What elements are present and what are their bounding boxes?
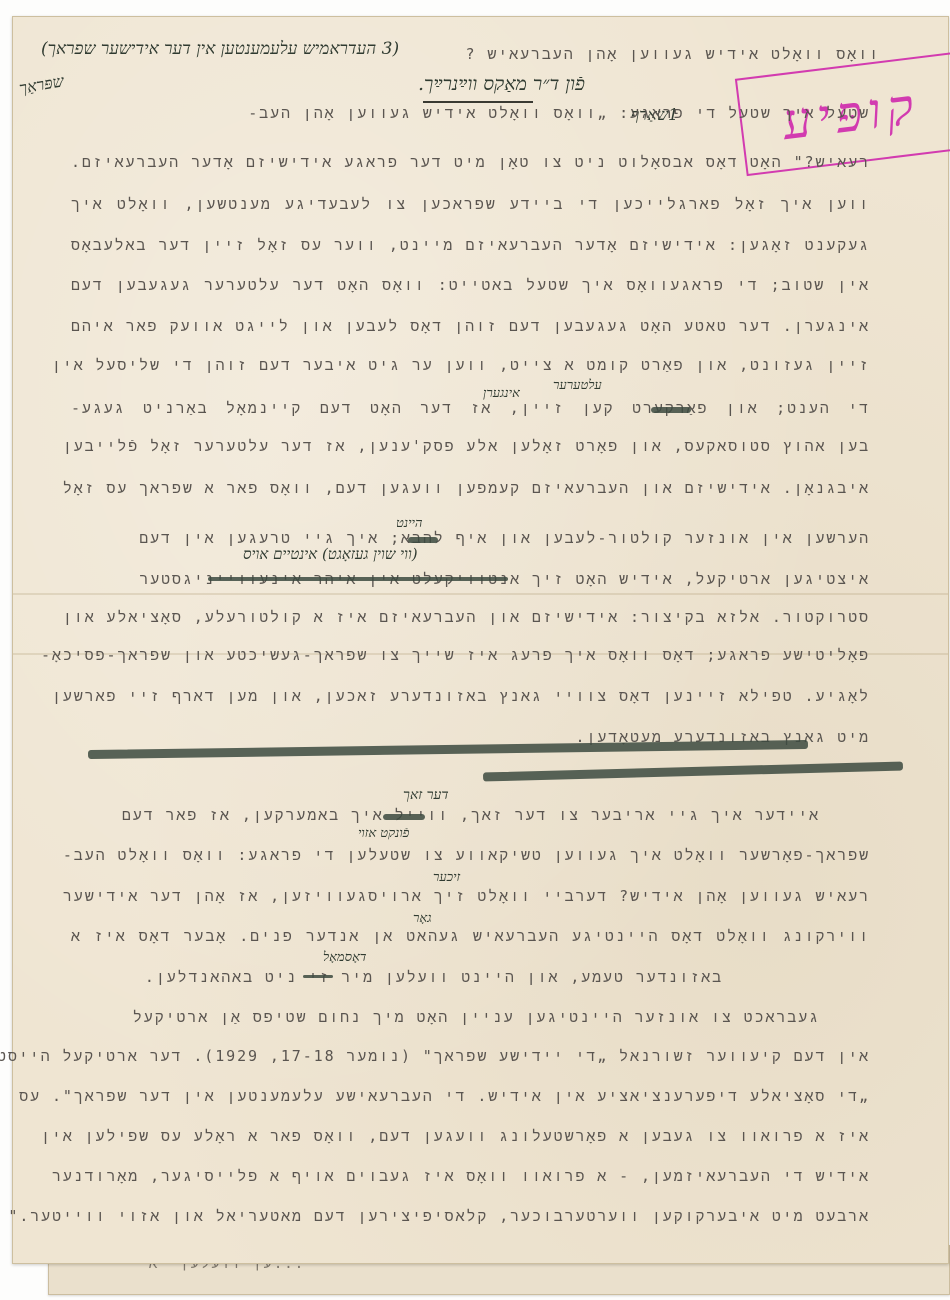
strikethrough <box>651 407 691 413</box>
text-line: באזונדער טעמע, און היינט וועלען מיר זי נ… <box>313 968 723 987</box>
author-underline <box>423 101 533 103</box>
text-line: שטעל איך שטעל די פראגע: „וואָס וואָלט אי… <box>123 104 870 123</box>
handwritten-insertion: עלטערער <box>553 377 602 393</box>
text-line: אין דעם קיעווער זשורנאל „די יידישע שפראך… <box>71 1047 870 1066</box>
paper-fold <box>13 593 948 595</box>
strikethrough <box>408 537 438 543</box>
strikethrough <box>208 577 508 581</box>
handwritten-insertion: דער זאך <box>403 787 449 804</box>
text-line: „די סאָציאלע דיפערענציאציע אין אידיש. די… <box>71 1087 870 1106</box>
text-line: ארבעט מיט איבערקוקען ווערטערבוכער, קלאסי… <box>75 1207 870 1226</box>
handwritten-insertion: (ווי שוין געזאָגט) אינטיים אויס <box>243 545 418 564</box>
document-page: וואָס וואָלט אידיש געווען אָהן העברעאיש … <box>12 16 949 1264</box>
handwritten-insertion: דאָסמאָל <box>323 949 367 965</box>
text-line: רעאיש?" האָט דאָס אבסאָלוט ניט צו טאָן מ… <box>71 153 870 172</box>
handwritten-insertion: פֿונקט אזוי <box>358 825 409 841</box>
strikethrough <box>303 975 333 978</box>
margin-note-left: שפּראַך <box>18 71 66 99</box>
text-line: שפראך-פאָרשער וואָלט איך געווען טשיקאווע… <box>71 846 870 865</box>
handwritten-insertion: גאָר <box>413 910 431 926</box>
text-line: אין שטוב; די פראגעוואָס איך שטעל באטייט:… <box>71 276 870 295</box>
text-line: בען אהוץ סטוסאקעס, און פאָרט זאָלען אלע … <box>71 437 870 456</box>
text-line: פאָליטישע פראגע; דאָס וואָס איך פרעג איז… <box>71 646 870 665</box>
text-line: לאָגיע. טפילא זיינען דאָס צוויי גאנץ באז… <box>71 687 870 706</box>
strikethrough <box>383 814 425 820</box>
text-line: ווירקונג וואָלט דאָס היינטיגע העברעאיש ג… <box>71 927 870 946</box>
text-line: רעאיש געווען אָהן אידיש? דערביי וואָלט ז… <box>71 887 870 906</box>
text-line: געקענט זאָגען: אידישיזם אָדער העברעאיזם … <box>71 236 870 255</box>
handwritten-insertion: זיכער <box>433 869 460 885</box>
text-line: די הענט; און פאַרקערט קען זיין, אז דער ה… <box>71 399 870 418</box>
handwritten-subtitle: (3 העדראמיש עלעמענטען אין דער אידישער שפ… <box>41 39 399 59</box>
deleted-line <box>483 762 903 782</box>
title-line: וואָס וואָלט אידיש געווען אָהן העברעאיש … <box>466 45 880 64</box>
text-line: ווען איך זאָל פארגלייכען די ביידע שפראכע… <box>71 195 870 214</box>
text-line: איז א פרואוו צו געבען א פאָרשטעלונג וועג… <box>71 1127 870 1146</box>
text-line: סטרוקטור. אלזא בקיצור: אידישיזם און העבר… <box>71 608 870 627</box>
text-line: אידיש די העברעאיזמען, - א פרואוו וואָס א… <box>71 1167 870 1186</box>
author-line: פֿון ד״ר מאַקס ווײַנרײַך. <box>418 73 585 96</box>
text-line: אינגערן. דער טאטע האָט געגעבען דעם זוהן … <box>71 317 870 336</box>
text-line: זיין געזונט, און פאַרט קומט א צייט, ווען… <box>71 356 870 375</box>
text-line: געבראכט צו אונזער היינטיגען עניין האָט מ… <box>73 1008 820 1027</box>
text-line: איבגנאָן. אידישיזם און העברעאיזם קעמפען … <box>71 479 870 498</box>
